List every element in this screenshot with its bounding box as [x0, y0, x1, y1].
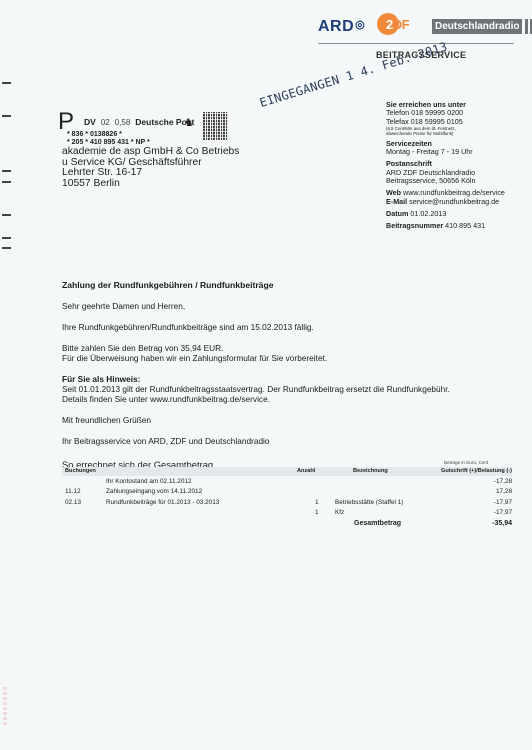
- postage-line: DV020,58Deutsche Post: [84, 117, 194, 127]
- edge-print-code: [3, 685, 7, 725]
- hint-text: Seit 01.01.2013 gilt der Rundfunkbeitrag…: [62, 384, 522, 394]
- table-row: 1 Kfz -17,97: [62, 509, 512, 518]
- postage-codes: * 836 * 0138826 ** 205 * 410 895 431 * N…: [67, 131, 150, 147]
- header-divider: [318, 43, 514, 44]
- fold-mark: [2, 170, 11, 172]
- ard-logo: ARD◎: [318, 18, 365, 36]
- recipient-address: akademie de asp GmbH & Co Betriebs u Ser…: [62, 147, 239, 189]
- letter-body: Zahlung der Rundfunkgebühren / Rundfunkb…: [62, 280, 522, 446]
- closing: Mit freundlichen Grüßen: [62, 415, 522, 425]
- currency-note: Beträge in Euro, Cent: [444, 460, 488, 465]
- col-desc: Bezeichnung: [353, 468, 388, 474]
- total-row: Gesamtbetrag -35,94: [62, 520, 512, 529]
- salutation: Sehr geehrte Damen und Herren,: [62, 301, 522, 311]
- table-row: 02.13 Rundfunkbeiträge für 01.2013 - 03.…: [62, 499, 512, 508]
- total-amount: -35,94: [492, 520, 512, 527]
- letter-subject: Zahlung der Rundfunkgebühren / Rundfunkb…: [62, 280, 522, 290]
- statement-header-row: Buchungen Anzahl Bezeichnung Gutschrift …: [62, 467, 512, 476]
- col-bookings: Buchungen: [65, 468, 96, 474]
- fold-mark: [2, 82, 11, 84]
- payment-form-note: Für die Überweisung haben wir ein Zahlun…: [62, 353, 522, 363]
- fold-mark: [2, 237, 11, 239]
- fold-mark: [2, 115, 11, 117]
- posthorn-icon: ♞: [184, 116, 194, 129]
- due-notice: Ihre Rundfunkgebühren/Rundfunkbeiträge s…: [62, 322, 522, 332]
- fold-mark: [2, 214, 11, 216]
- email-link[interactable]: service@rundfunkbeitrag.de: [409, 197, 499, 206]
- signature: Ihr Beitragsservice von ARD, ZDF und Deu…: [62, 436, 522, 446]
- payment-request: Bitte zahlen Sie den Betrag von 35,94 EU…: [62, 343, 522, 353]
- deutschlandradio-logo: Deutschlandradio: [432, 19, 532, 34]
- hint-link-text: Details finden Sie unter www.rundfunkbei…: [62, 394, 522, 404]
- table-row: Ihr Kontostand am 02.11.2012 -17,28: [62, 478, 512, 487]
- contact-block: Sie erreichen uns unter Telefon 018 5999…: [386, 101, 531, 231]
- hint-heading: Für Sie als Hinweis:: [62, 374, 522, 384]
- fold-mark: [2, 181, 11, 183]
- total-label: Gesamtbetrag: [354, 520, 401, 527]
- fold-mark: [2, 247, 11, 249]
- table-row: 11.12 Zahlungseingang vom 14.11.2012 17,…: [62, 488, 512, 497]
- datamatrix-code: [203, 112, 228, 140]
- col-qty: Anzahl: [297, 468, 315, 474]
- col-amount: Gutschrift (+)/Belastung (-): [441, 468, 512, 474]
- ard-eye-icon: ◎: [355, 19, 365, 31]
